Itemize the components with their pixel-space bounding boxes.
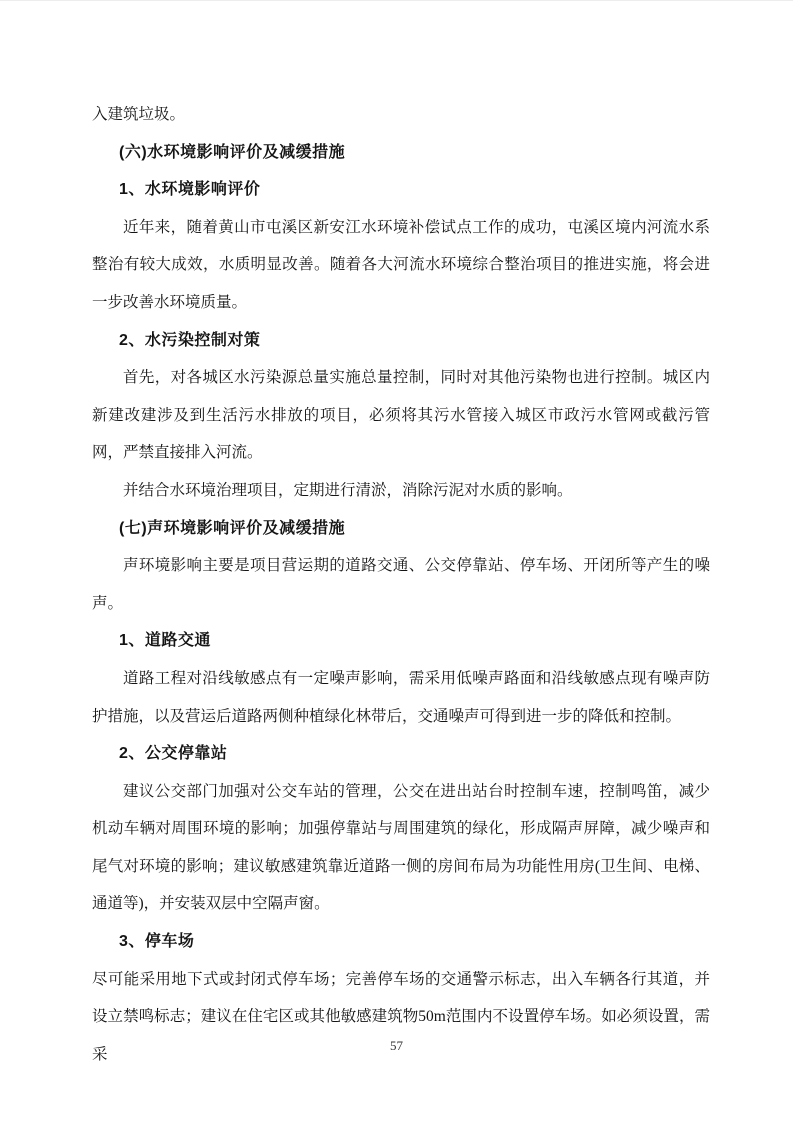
body-paragraph: 首先，对各城区水污染源总量实施总量控制，同时对其他污染物也进行控制。城区内新建改…: [92, 359, 710, 472]
body-paragraph: 道路工程对沿线敏感点有一定噪声影响，需采用低噪声路面和沿线敏感点现有噪声防护措施…: [92, 660, 710, 735]
subsection-heading: 1、水环境影响评价: [92, 171, 710, 209]
continuation-paragraph: 尽可能采用地下式或封闭式停车场；完善停车场的交通警示标志，出入车辆各行其道，并设…: [92, 961, 710, 1074]
page-number: 57: [0, 1038, 793, 1054]
subsection-heading: 1、道路交通: [92, 622, 710, 660]
document-page: 入建筑垃圾。(六)水环境影响评价及减缓措施1、水环境影响评价近年来，随着黄山市屯…: [0, 0, 793, 1123]
body-paragraph: 近年来，随着黄山市屯溪区新安江水环境补偿试点工作的成功，屯溪区境内河流水系整治有…: [92, 209, 710, 322]
subsection-heading: 2、公交停靠站: [92, 735, 710, 773]
section-heading: (七)声环境影响评价及减缓措施: [92, 510, 710, 548]
body-paragraph: 声环境影响主要是项目营运期的道路交通、公交停靠站、停车场、开闭所等产生的噪声。: [92, 547, 710, 622]
body-paragraph: 建议公交部门加强对公交车站的管理，公交在进出站台时控制车速，控制鸣笛，减少机动车…: [92, 773, 710, 923]
subsection-heading: 3、停车场: [92, 923, 710, 961]
section-heading: (六)水环境影响评价及减缓措施: [92, 134, 710, 172]
subsection-heading: 2、水污染控制对策: [92, 322, 710, 360]
continuation-paragraph: 入建筑垃圾。: [92, 96, 710, 134]
body-paragraph: 并结合水环境治理项目，定期进行清淤，消除污泥对水质的影响。: [92, 472, 710, 510]
document-content: 入建筑垃圾。(六)水环境影响评价及减缓措施1、水环境影响评价近年来，随着黄山市屯…: [92, 96, 710, 1073]
